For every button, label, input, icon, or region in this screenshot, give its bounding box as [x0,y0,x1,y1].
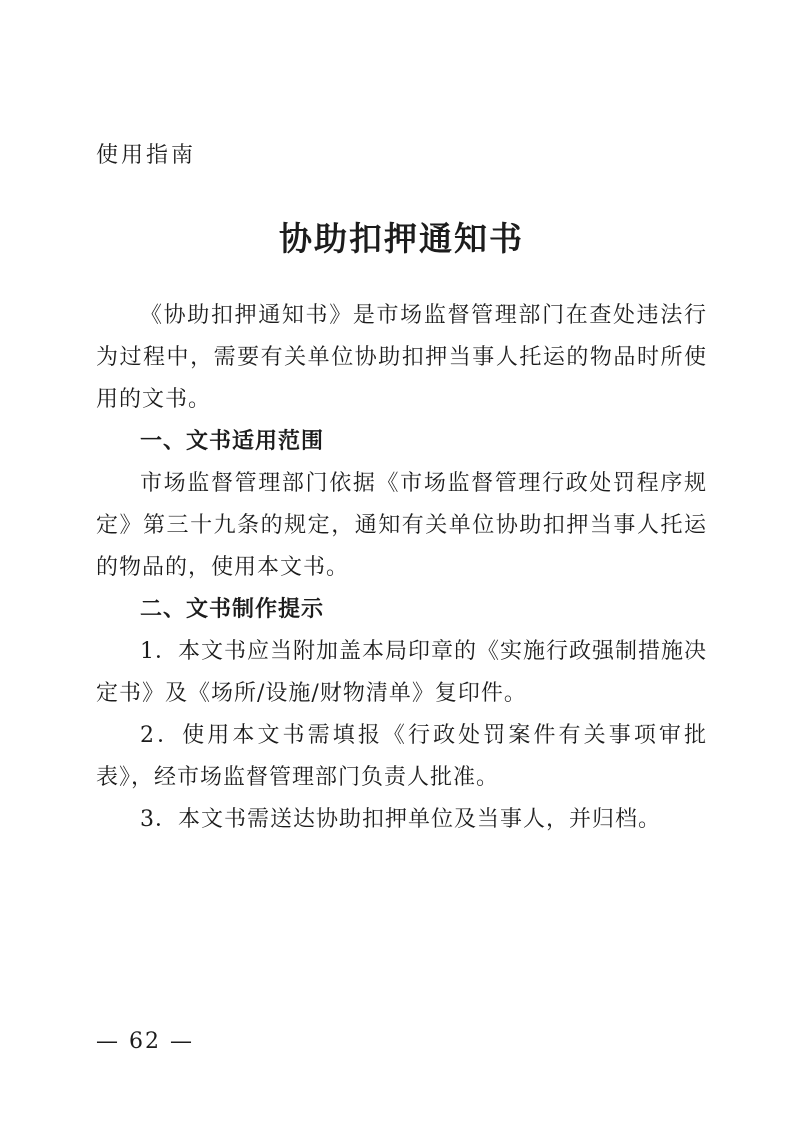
document-content: 使用指南 协助扣押通知书 《协助扣押通知书》是市场监督管理部门在查处违法行为过程… [96,140,707,841]
document-title: 协助扣押通知书 [96,219,707,259]
document-body: 《协助扣押通知书》是市场监督管理部门在查处违法行为过程中，需要有关单位协助扣押当… [96,295,707,841]
document-page: 使用指南 协助扣押通知书 《协助扣押通知书》是市场监督管理部门在查处违法行为过程… [0,0,793,1122]
section-2-item-1: 1．本文书应当附加盖本局印章的《实施行政强制措施决定书》及《场所/设施/财物清单… [96,631,707,715]
section-2-item-3: 3．本文书需送达协助扣押单位及当事人，并归档。 [96,799,707,841]
section-2-item-2: 2．使用本文书需填报《行政处罚案件有关事项审批表》，经市场监督管理部门负责人批准… [96,715,707,799]
intro-paragraph: 《协助扣押通知书》是市场监督管理部门在查处违法行为过程中，需要有关单位协助扣押当… [96,295,707,421]
section-1-heading: 一、文书适用范围 [96,421,707,463]
section-2-heading: 二、文书制作提示 [96,589,707,631]
page-number: — 62 — [96,1028,194,1056]
guide-label: 使用指南 [96,140,707,171]
section-1-paragraph: 市场监督管理部门依据《市场监督管理行政处罚程序规定》第三十九条的规定，通知有关单… [96,463,707,589]
